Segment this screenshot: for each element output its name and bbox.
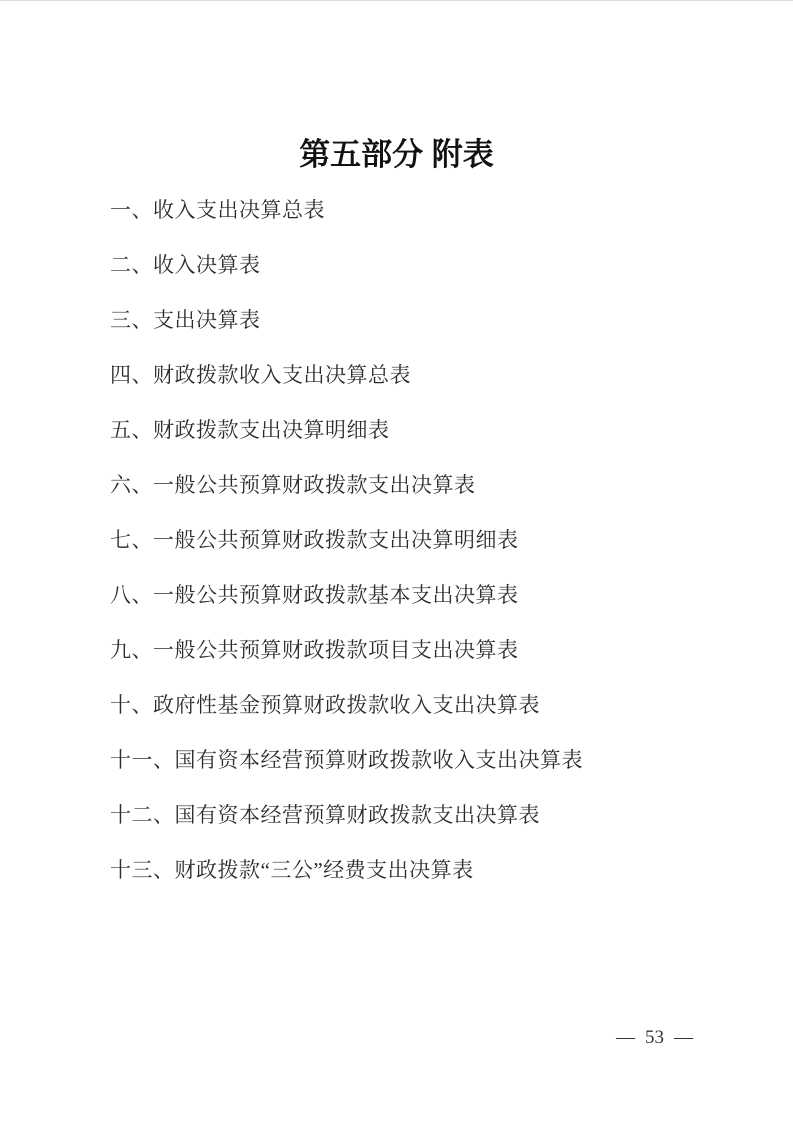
list-item: 三、支出决算表: [110, 309, 733, 331]
list-item: 五、财政拨款支出决算明细表: [110, 419, 733, 441]
page-number: — 53 —: [616, 1027, 693, 1049]
page-title: 第五部分 附表: [0, 138, 793, 172]
footer-dash-left: —: [616, 1027, 635, 1049]
document-page: 第五部分 附表 一、收入支出决算总表 二、收入决算表 三、支出决算表 四、财政拨…: [0, 0, 793, 1122]
list-item: 四、财政拨款收入支出决算总表: [110, 364, 733, 386]
list-item: 六、一般公共预算财政拨款支出决算表: [110, 474, 733, 496]
footer-dash-right: —: [674, 1027, 693, 1049]
list-item: 十二、国有资本经营预算财政拨款支出决算表: [110, 804, 733, 826]
list-item: 七、一般公共预算财政拨款支出决算明细表: [110, 529, 733, 551]
list-item: 二、收入决算表: [110, 254, 733, 276]
list-item: 十三、财政拨款“三公”经费支出决算表: [110, 859, 733, 881]
list-item: 一、收入支出决算总表: [110, 199, 733, 221]
list-item: 九、一般公共预算财政拨款项目支出决算表: [110, 639, 733, 661]
table-of-contents: 一、收入支出决算总表 二、收入决算表 三、支出决算表 四、财政拨款收入支出决算总…: [110, 199, 733, 881]
list-item: 十一、国有资本经营预算财政拨款收入支出决算表: [110, 749, 733, 771]
list-item: 八、一般公共预算财政拨款基本支出决算表: [110, 584, 733, 606]
list-item: 十、政府性基金预算财政拨款收入支出决算表: [110, 694, 733, 716]
footer-page-number: 53: [645, 1027, 664, 1049]
